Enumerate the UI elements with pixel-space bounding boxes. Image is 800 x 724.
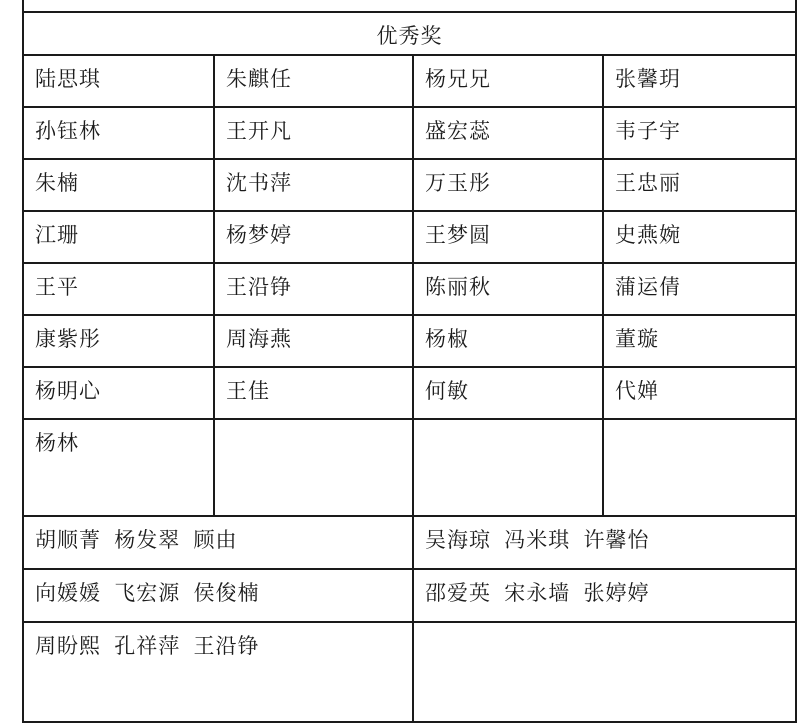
cutoff-row — [23, 0, 796, 12]
name-cell — [413, 419, 603, 516]
name-cell: 何敏 — [413, 367, 603, 419]
header-row: 优秀奖 — [23, 12, 796, 55]
name-cell: 朱楠 — [23, 159, 214, 211]
table-row: 周盼熙 孔祥萍 王沿铮 — [23, 622, 796, 722]
name-group-cell: 邵爱英 宋永墙 张婷婷 — [413, 569, 796, 622]
name-cell: 王开凡 — [214, 107, 413, 159]
name-cell: 万玉彤 — [413, 159, 603, 211]
table-row: 陆思琪 朱麒任 杨兄兄 张馨玥 — [23, 55, 796, 107]
name-cell: 盛宏蕊 — [413, 107, 603, 159]
name-cell: 孙钰林 — [23, 107, 214, 159]
name-cell: 康紫彤 — [23, 315, 214, 367]
table-row: 王平 王沿铮 陈丽秋 蒲运倩 — [23, 263, 796, 315]
table-row: 杨明心 王佳 何敏 代婵 — [23, 367, 796, 419]
name-cell: 江珊 — [23, 211, 214, 263]
name-cell — [603, 419, 796, 516]
name-cell: 董璇 — [603, 315, 796, 367]
name-cell: 杨兄兄 — [413, 55, 603, 107]
name-cell — [214, 419, 413, 516]
table-row: 朱楠 沈书萍 万玉彤 王忠丽 — [23, 159, 796, 211]
name-cell: 王沿铮 — [214, 263, 413, 315]
award-winners-table: 优秀奖 陆思琪 朱麒任 杨兄兄 张馨玥 孙钰林 王开凡 盛宏蕊 韦子宇 朱楠 沈… — [22, 0, 797, 723]
name-cell: 陆思琪 — [23, 55, 214, 107]
name-cell: 蒲运倩 — [603, 263, 796, 315]
table-row: 康紫彤 周海燕 杨椒 董璇 — [23, 315, 796, 367]
name-group-cell: 周盼熙 孔祥萍 王沿铮 — [23, 622, 413, 722]
table-row: 杨林 — [23, 419, 796, 516]
name-cell: 陈丽秋 — [413, 263, 603, 315]
name-cell: 杨椒 — [413, 315, 603, 367]
name-cell: 杨梦婷 — [214, 211, 413, 263]
name-cell: 韦子宇 — [603, 107, 796, 159]
name-cell: 王佳 — [214, 367, 413, 419]
name-group-cell — [413, 622, 796, 722]
table-row: 江珊 杨梦婷 王梦圆 史燕婉 — [23, 211, 796, 263]
name-cell: 杨林 — [23, 419, 214, 516]
name-cell: 王平 — [23, 263, 214, 315]
name-cell: 王梦圆 — [413, 211, 603, 263]
name-cell: 张馨玥 — [603, 55, 796, 107]
name-cell: 沈书萍 — [214, 159, 413, 211]
cutoff-cell — [23, 0, 796, 12]
table-row: 向媛媛 飞宏源 侯俊楠 邵爱英 宋永墙 张婷婷 — [23, 569, 796, 622]
award-title: 优秀奖 — [23, 12, 796, 55]
name-group-cell: 吴海琼 冯米琪 许馨怡 — [413, 516, 796, 569]
name-cell: 代婵 — [603, 367, 796, 419]
table-row: 孙钰林 王开凡 盛宏蕊 韦子宇 — [23, 107, 796, 159]
name-group-cell: 胡顺菁 杨发翠 顾由 — [23, 516, 413, 569]
name-cell: 周海燕 — [214, 315, 413, 367]
name-group-cell: 向媛媛 飞宏源 侯俊楠 — [23, 569, 413, 622]
name-cell: 王忠丽 — [603, 159, 796, 211]
document-sheet: 优秀奖 陆思琪 朱麒任 杨兄兄 张馨玥 孙钰林 王开凡 盛宏蕊 韦子宇 朱楠 沈… — [0, 0, 800, 723]
name-cell: 史燕婉 — [603, 211, 796, 263]
table-row: 胡顺菁 杨发翠 顾由 吴海琼 冯米琪 许馨怡 — [23, 516, 796, 569]
name-cell: 杨明心 — [23, 367, 214, 419]
name-cell: 朱麒任 — [214, 55, 413, 107]
